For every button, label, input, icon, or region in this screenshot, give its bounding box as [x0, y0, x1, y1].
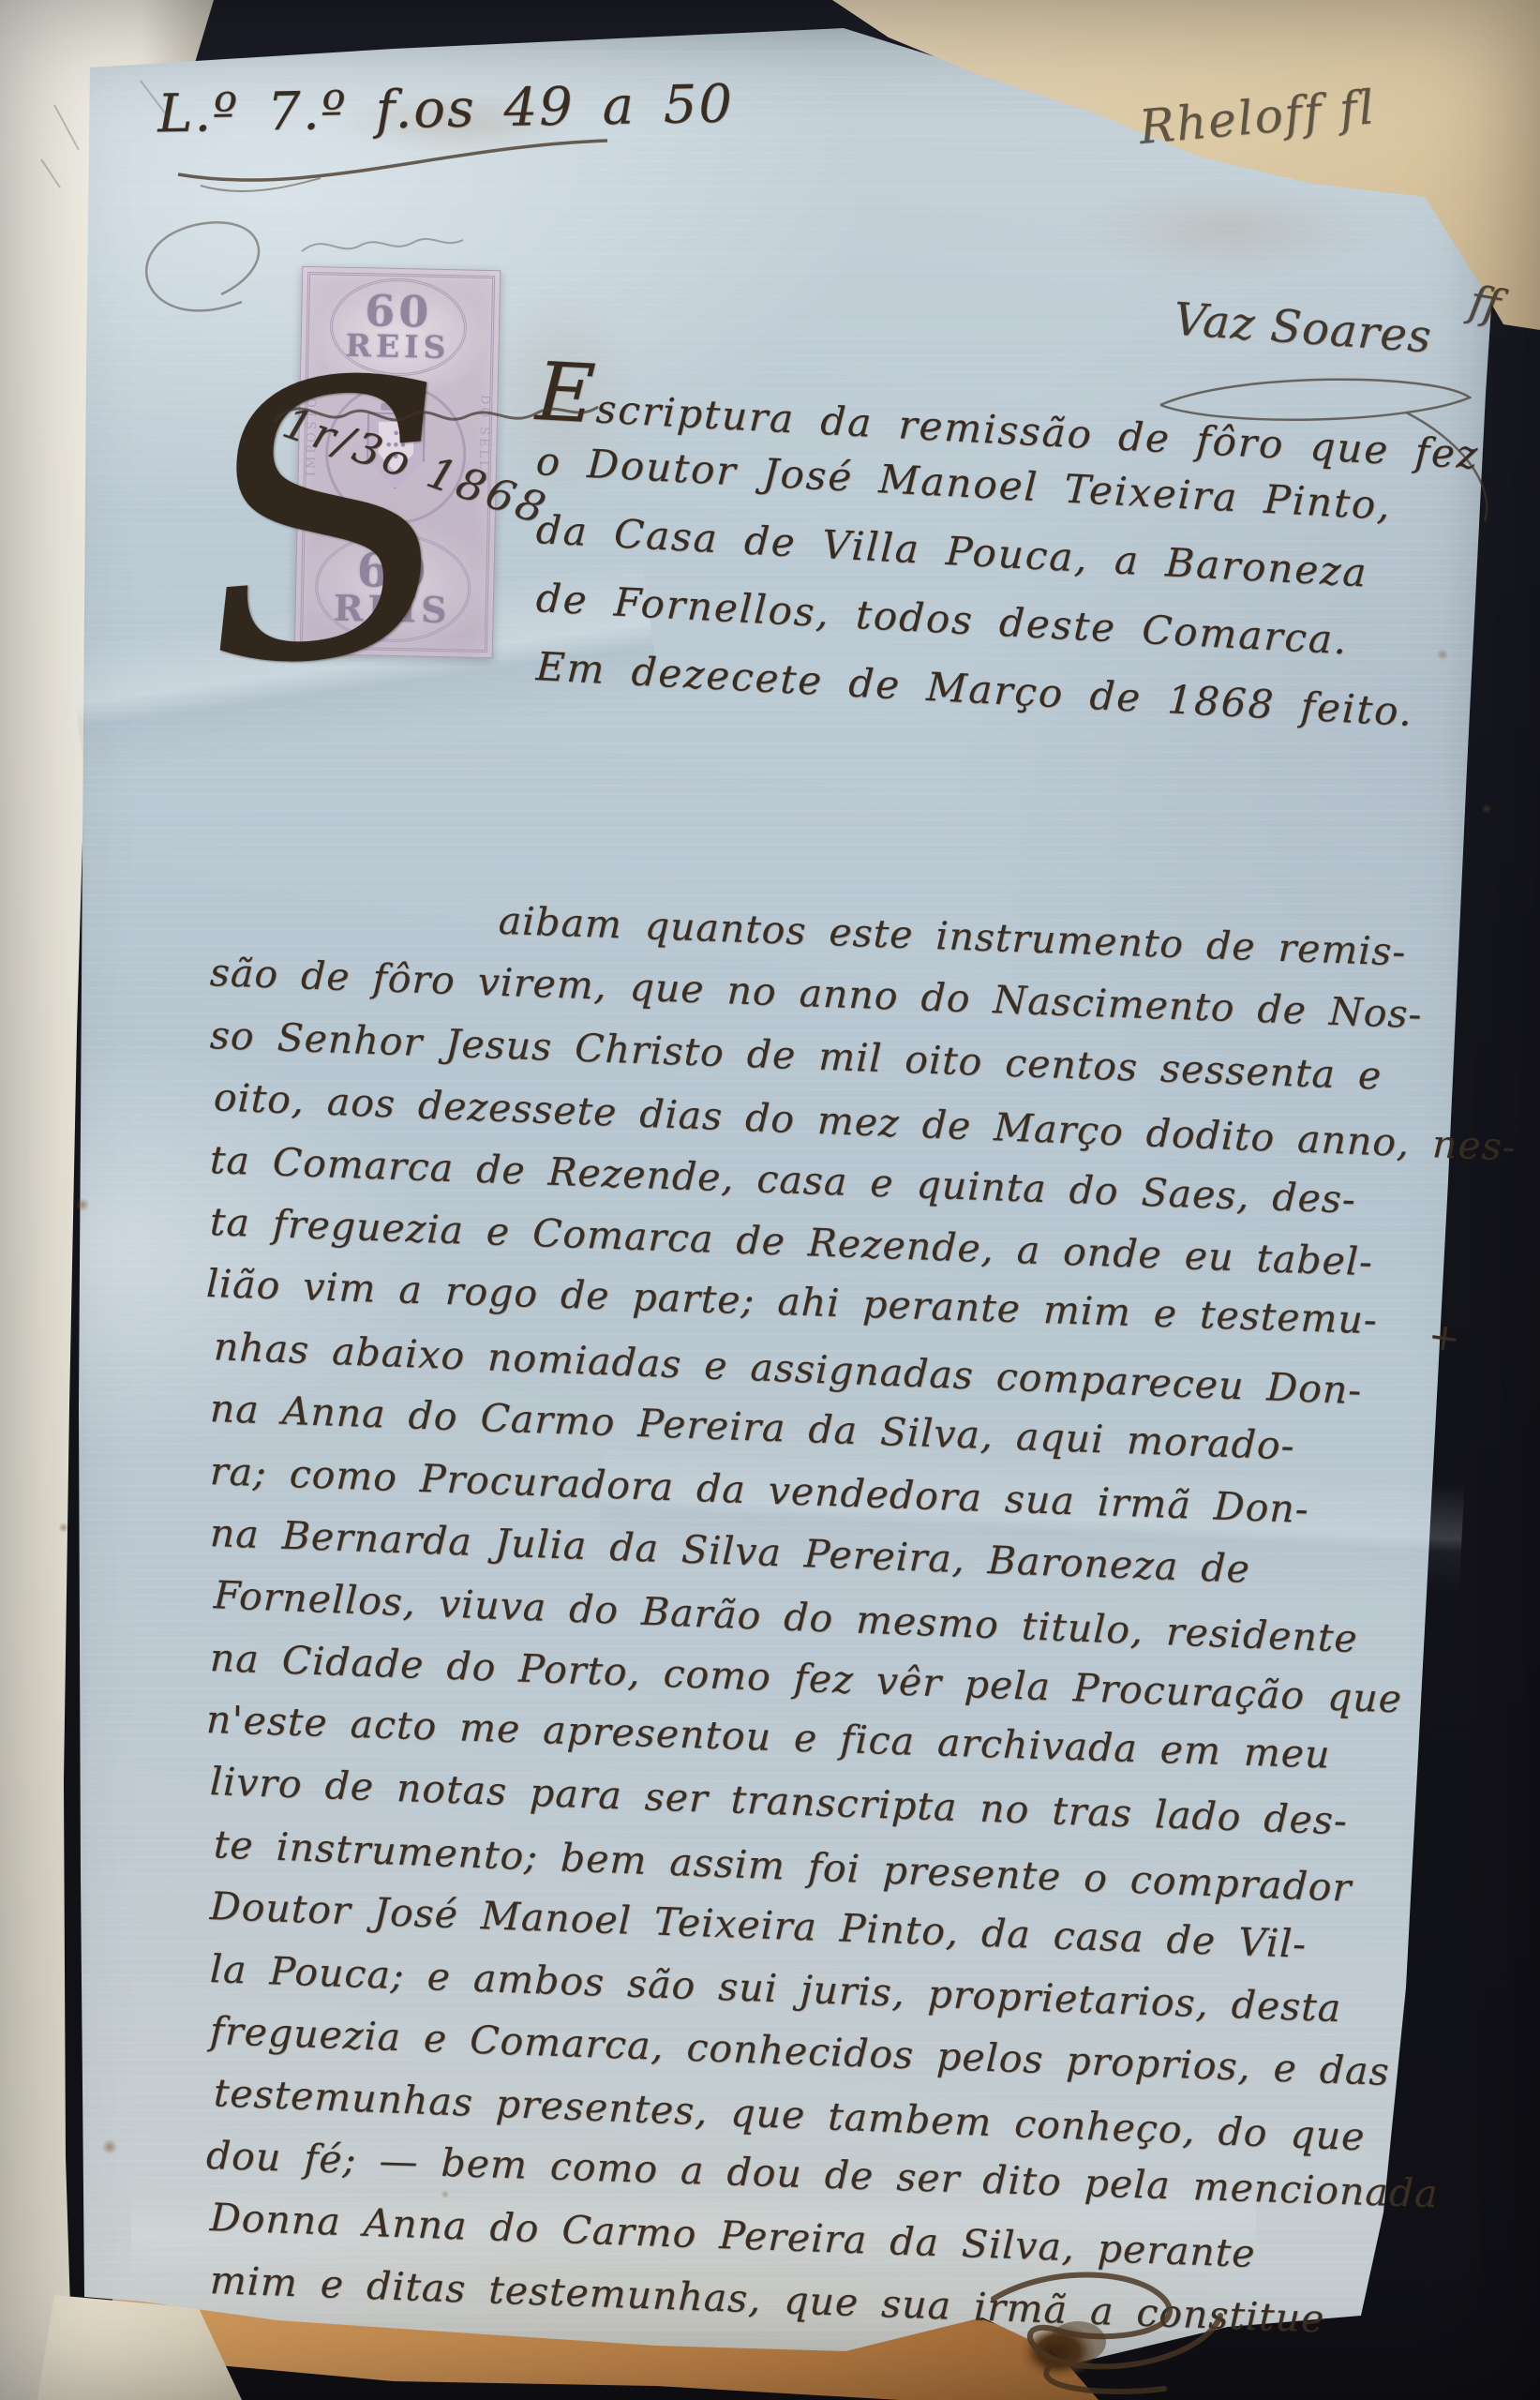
- photograph-of-manuscript: 60 REIS IMPOSTO DO SELLO 60 REIS L.º 7.º…: [0, 0, 1540, 2400]
- burn-hole: [1020, 2323, 1097, 2379]
- deed-heading: Escriptura da remissão de fôro que fez o…: [536, 358, 1481, 700]
- deed-body-text: aibam quantos este instrumento de remis-…: [210, 879, 1514, 2311]
- drop-cap-initial: S: [186, 361, 469, 690]
- folio-reference: L.º 7.º f.os 49 a 50: [157, 74, 734, 145]
